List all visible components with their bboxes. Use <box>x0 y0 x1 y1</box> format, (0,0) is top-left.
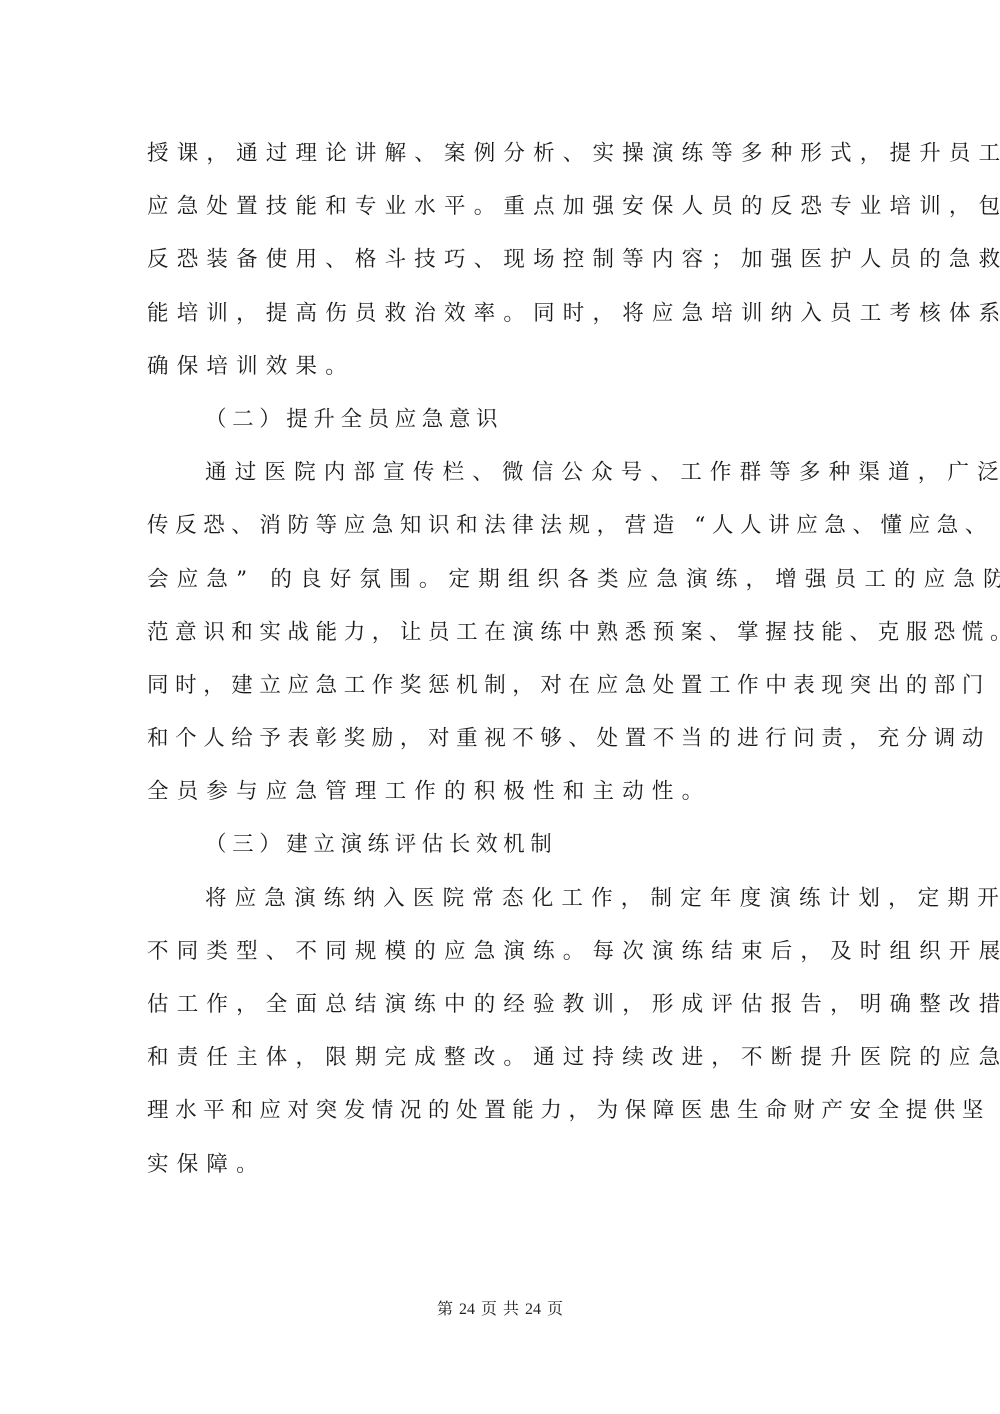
section-heading-2: （二）提升全员应急意识 <box>147 398 859 451</box>
page-footer: 第24页共24页 <box>0 1296 1000 1319</box>
text-line: 实保障。 <box>147 1143 859 1196</box>
text-line: 确保培训效果。 <box>147 345 859 398</box>
text-line: 传反恐、消防等应急知识和法律法规，营造 “人人讲应急、懂应急、 <box>147 504 859 557</box>
text-line: 授课，通过理论讲解、案例分析、实操演练等多种形式，提升员工的 <box>147 132 859 185</box>
paragraph-training: 授课，通过理论讲解、案例分析、实操演练等多种形式，提升员工的 应急处置技能和专业… <box>147 132 859 398</box>
text-line: 应急处置技能和专业水平。重点加强安保人员的反恐专业培训，包括 <box>147 185 859 238</box>
footer-suffix: 页 <box>547 1301 563 1318</box>
current-page-number: 24 <box>459 1301 475 1318</box>
text-line: 全员参与应急管理工作的积极性和主动性。 <box>147 770 859 823</box>
text-line: 和责任主体，限期完成整改。通过持续改进，不断提升医院的应急管 <box>147 1036 859 1089</box>
text-line: 通过医院内部宣传栏、微信公众号、工作群等多种渠道，广泛宣 <box>147 451 859 504</box>
footer-prefix: 第 <box>437 1301 453 1318</box>
footer-total-word: 共 <box>503 1301 519 1318</box>
text-line: 同时，建立应急工作奖惩机制，对在应急处置工作中表现突出的部门 <box>147 664 859 717</box>
total-page-count: 24 <box>525 1301 541 1318</box>
text-line: 能培训，提高伤员救治效率。同时，将应急培训纳入员工考核体系， <box>147 292 859 345</box>
text-line: 理水平和应对突发情况的处置能力，为保障医患生命财产安全提供坚 <box>147 1089 859 1142</box>
text-line: 反恐装备使用、格斗技巧、现场控制等内容；加强医护人员的急救技 <box>147 238 859 291</box>
footer-page-word: 页 <box>481 1301 497 1318</box>
text-line: 和个人给予表彰奖励，对重视不够、处置不当的进行问责，充分调动 <box>147 717 859 770</box>
text-line: 范意识和实战能力，让员工在演练中熟悉预案、掌握技能、克服恐慌。 <box>147 611 859 664</box>
text-line: 会应急” 的良好氛围。定期组织各类应急演练，增强员工的应急防 <box>147 558 859 611</box>
text-line: 将应急演练纳入医院常态化工作，制定年度演练计划，定期开展 <box>147 877 859 930</box>
document-body: 授课，通过理论讲解、案例分析、实操演练等多种形式，提升员工的 应急处置技能和专业… <box>147 132 859 1196</box>
document-page: 授课，通过理论讲解、案例分析、实操演练等多种形式，提升员工的 应急处置技能和专业… <box>0 0 1000 1414</box>
paragraph-awareness: 通过医院内部宣传栏、微信公众号、工作群等多种渠道，广泛宣 传反恐、消防等应急知识… <box>147 451 859 823</box>
paragraph-evaluation: 将应急演练纳入医院常态化工作，制定年度演练计划，定期开展 不同类型、不同规模的应… <box>147 877 859 1196</box>
section-heading-3: （三）建立演练评估长效机制 <box>147 823 859 876</box>
text-line: 不同类型、不同规模的应急演练。每次演练结束后，及时组织开展评 <box>147 930 859 983</box>
text-line: 估工作，全面总结演练中的经验教训，形成评估报告，明确整改措施 <box>147 983 859 1036</box>
